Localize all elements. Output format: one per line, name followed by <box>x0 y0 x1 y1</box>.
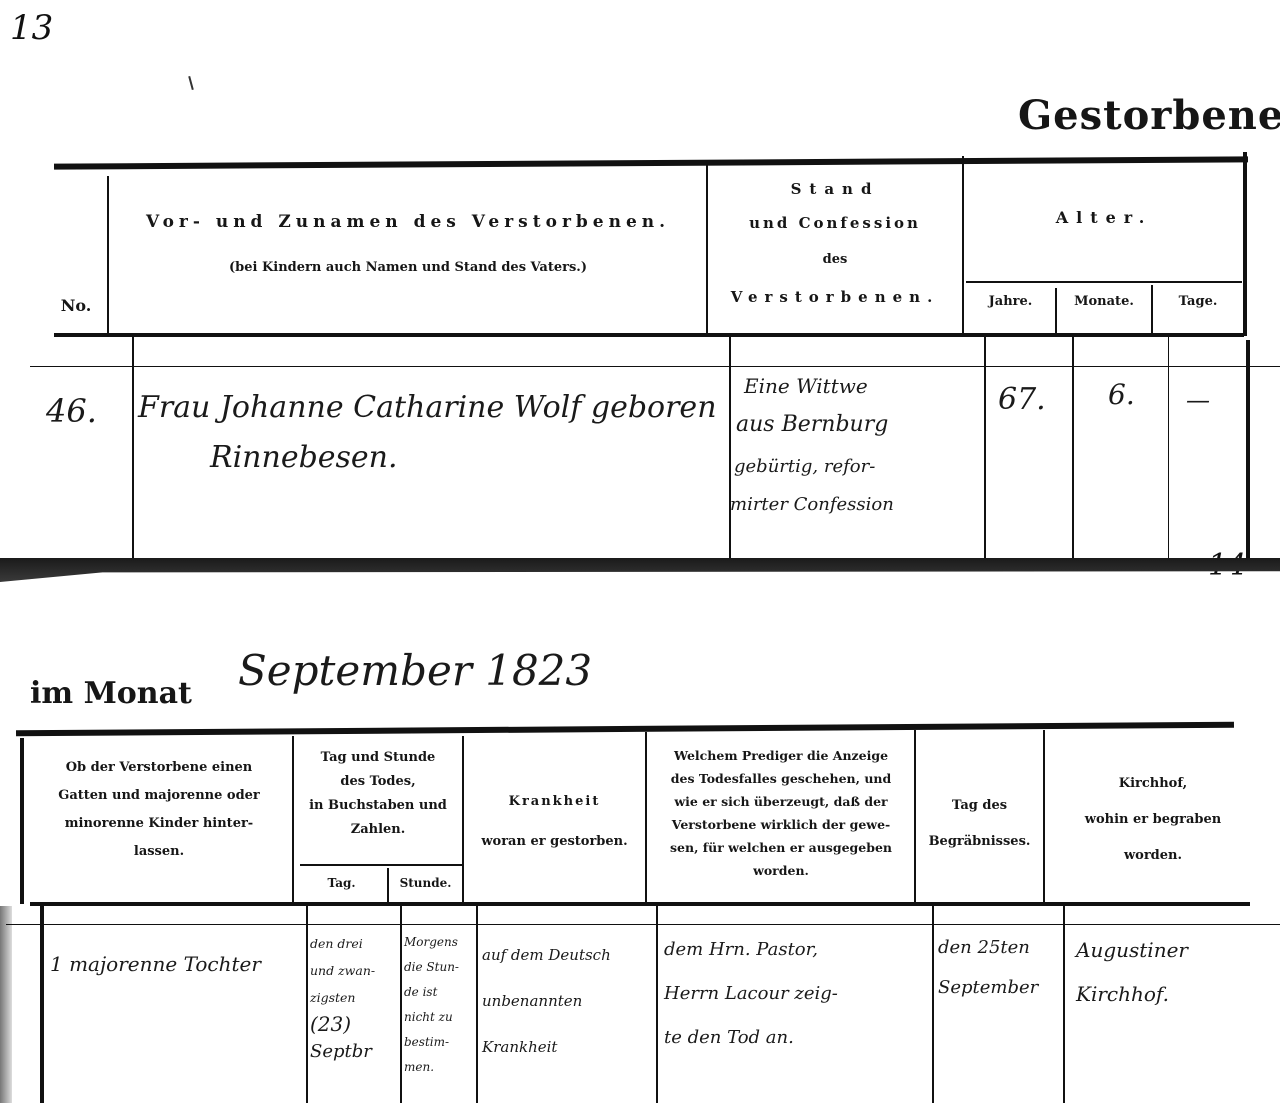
stand-line3: gebürtig, refor- <box>734 456 875 477</box>
survivors-value: 1 majorenne Tochter <box>50 952 261 976</box>
death-day-value: den drei und zwan- zigsten (23) Septbr <box>310 930 402 1065</box>
header-prediger: Welchem Prediger die Anzeige des Todesfa… <box>648 744 914 882</box>
header-alter: Alter. <box>964 208 1244 227</box>
header-name-sub: (bei Kindern auch Namen und Stand des Va… <box>110 260 706 275</box>
header-prediger-l2: des Todesfalles geschehen, und <box>648 767 914 790</box>
header-kirchhof: Kirchhof, wohin er begraben worden. <box>1045 766 1261 874</box>
col-divider <box>1151 285 1153 334</box>
header-begraebnis-l1: Tag des <box>916 788 1043 824</box>
death-hour-l5: bestim- <box>404 1030 476 1055</box>
age-months: 6. <box>1108 378 1135 411</box>
lower-header-bottom-rule <box>30 902 1250 906</box>
col-divider <box>1072 337 1074 559</box>
death-day-l3: zigsten <box>310 984 402 1011</box>
header-kirchhof-l2: wohin er begraben <box>1045 802 1261 838</box>
month-prefix: im Monat <box>30 676 192 711</box>
header-krankheit-l2: woran er gestorben. <box>464 834 645 849</box>
cemetery-value: Augustiner Kirchhof. <box>1076 928 1276 1016</box>
page-title: Gestorbene <box>1018 92 1280 139</box>
deceased-name-line1: Frau Johanne Catharine Wolf geboren <box>138 390 717 425</box>
header-death-l1: Tag und Stunde <box>294 746 462 770</box>
header-stand-l3: des <box>708 252 962 267</box>
age-days: — <box>1186 386 1210 414</box>
stand-line4: mirter Confession <box>730 494 894 515</box>
upper-top-rule <box>54 156 1248 169</box>
header-death-l2: des Todes, <box>294 770 462 794</box>
header-survivors: Ob der Verstorbene einen Gatten und majo… <box>26 754 292 866</box>
header-stunde: Stunde. <box>389 876 462 890</box>
burial-date-l1: den 25ten <box>938 928 1064 968</box>
header-kirchhof-l3: worden. <box>1045 838 1261 874</box>
col-divider <box>729 337 731 559</box>
col-divider <box>462 736 464 904</box>
col-divider <box>20 738 24 904</box>
age-years: 67. <box>998 382 1046 417</box>
death-hour-value: Morgens die Stun- de ist nicht zu bestim… <box>404 930 476 1080</box>
death-day-l5: Septbr <box>310 1038 402 1065</box>
col-divider <box>645 732 647 904</box>
col-divider <box>306 906 308 1103</box>
month-value: September 1823 <box>238 646 592 695</box>
stray-mark <box>188 76 194 90</box>
header-monate: Monate. <box>1057 294 1151 309</box>
header-tag: Tag. <box>296 876 387 890</box>
cemetery-l2: Kirchhof. <box>1076 972 1276 1016</box>
death-day-l1: den drei <box>310 930 402 957</box>
lower-top-rule <box>16 722 1234 737</box>
left-page-number: 13 <box>10 8 53 48</box>
illness-l3: Krankheit <box>482 1024 656 1070</box>
death-hour-l6: men. <box>404 1055 476 1080</box>
pastor-l2: Herrn Lacour zeig- <box>664 972 932 1016</box>
header-no: No. <box>56 296 96 315</box>
scan-edge-shadow <box>0 906 12 1103</box>
alter-subrule <box>966 281 1242 283</box>
header-prediger-l5: sen, für welchen er ausgegeben <box>648 836 914 859</box>
header-survivors-l1: Ob der Verstorbene einen <box>26 754 292 782</box>
header-krankheit-l1: Krankheit <box>464 794 645 809</box>
death-hour-l1: Morgens <box>404 930 476 955</box>
col-divider <box>1243 152 1247 336</box>
header-begraebnis: Tag des Begräbnisses. <box>916 788 1043 860</box>
header-prediger-l1: Welchem Prediger die Anzeige <box>648 744 914 767</box>
header-jahre: Jahre. <box>966 294 1055 309</box>
pastor-l3: te den Tod an. <box>664 1016 932 1060</box>
col-divider <box>932 906 934 1103</box>
header-death: Tag und Stunde des Todes, in Buchstaben … <box>294 746 462 842</box>
death-day-l4: (23) <box>310 1011 402 1038</box>
header-stand-l4: Verstorbenen. <box>708 288 962 306</box>
header-begraebnis-l2: Begräbnisses. <box>916 824 1043 860</box>
cemetery-l1: Augustiner <box>1076 928 1276 972</box>
burial-date-l2: September <box>938 968 1064 1008</box>
col-divider <box>962 156 964 336</box>
header-death-l3: in Buchstaben und <box>294 794 462 818</box>
header-tage: Tage. <box>1153 294 1243 309</box>
death-subrule <box>300 864 462 866</box>
header-survivors-l3: minorenne Kinder hinter- <box>26 810 292 838</box>
illness-value: auf dem Deutsch unbenannten Krankheit <box>482 932 656 1070</box>
col-divider <box>1246 340 1250 558</box>
col-divider <box>40 906 44 1103</box>
death-hour-l3: de ist <box>404 980 476 1005</box>
header-survivors-l4: lassen. <box>26 838 292 866</box>
pastor-l1: dem Hrn. Pastor, <box>664 928 932 972</box>
death-hour-l4: nicht zu <box>404 1005 476 1030</box>
header-kirchhof-l1: Kirchhof, <box>1045 766 1261 802</box>
entry-number: 46. <box>46 392 97 430</box>
illness-l1: auf dem Deutsch <box>482 932 656 978</box>
death-hour-l2: die Stun- <box>404 955 476 980</box>
header-stand-l2: und Confession <box>708 214 962 232</box>
col-divider <box>656 906 658 1103</box>
header-survivors-l2: Gatten und majorenne oder <box>26 782 292 810</box>
row-top-rule <box>30 366 1280 367</box>
burial-date-value: den 25ten September <box>938 928 1064 1008</box>
col-divider <box>107 176 109 336</box>
upper-header-bottom-rule <box>54 333 1244 337</box>
stand-line2: aus Bernburg <box>736 412 888 437</box>
illness-l2: unbenannten <box>482 978 656 1024</box>
stand-line1: Eine Wittwe <box>744 374 868 398</box>
header-prediger-l3: wie er sich überzeugt, daß der <box>648 790 914 813</box>
col-divider <box>476 906 478 1103</box>
col-divider <box>132 337 134 559</box>
header-prediger-l4: Verstorbene wirklich der gewe- <box>648 813 914 836</box>
col-divider <box>984 337 986 559</box>
col-divider <box>1168 337 1169 559</box>
header-death-l4: Zahlen. <box>294 818 462 842</box>
header-prediger-l6: worden. <box>648 859 914 882</box>
deceased-name-line2: Rinnebesen. <box>210 440 398 475</box>
header-stand-l1: Stand <box>708 180 962 198</box>
row-top-rule <box>6 924 1280 925</box>
header-name-main: Vor- und Zunamen des Verstorbenen. <box>110 212 706 232</box>
death-day-l2: und zwan- <box>310 957 402 984</box>
scan-seam <box>0 558 1280 582</box>
pastor-value: dem Hrn. Pastor, Herrn Lacour zeig- te d… <box>664 928 932 1060</box>
